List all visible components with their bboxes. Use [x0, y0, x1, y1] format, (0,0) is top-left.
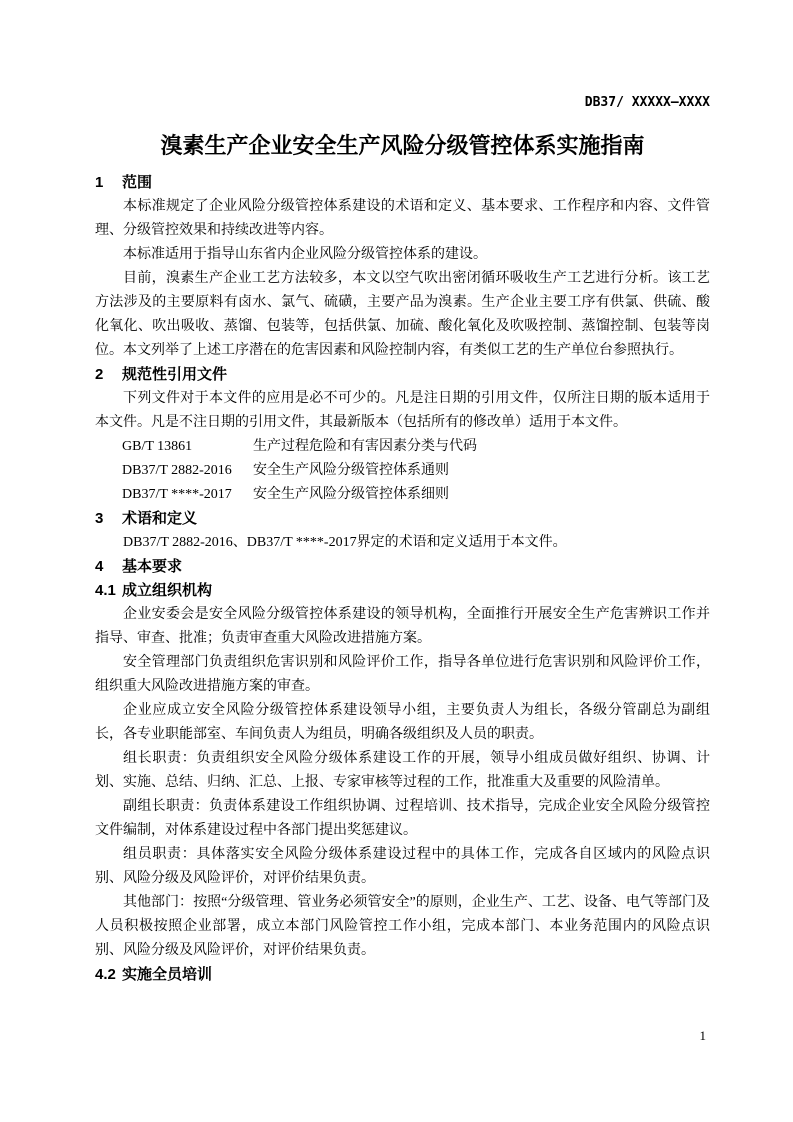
section-2-number: 2: [95, 363, 122, 387]
reference-item: GB/T 13861生产过程危险和有害因素分类与代码: [95, 435, 710, 459]
paragraph: 本标准适用于指导山东省内企业风险分级管控体系的建设。: [95, 243, 710, 267]
section-4-1-heading: 4.1成立组织机构: [95, 579, 710, 603]
paragraph: DB37/T 2882-2016、DB37/T ****-2017界定的术语和定…: [95, 531, 710, 555]
reference-title: 安全生产风险分级管控体系细则: [253, 487, 449, 502]
reference-code: DB37/T 2882-2016: [122, 459, 253, 483]
reference-title: 安全生产风险分级管控体系通则: [253, 463, 449, 478]
paragraph: 副组长职责：负责体系建设工作组织协调、过程培训、技术指导，完成企业安全风险分级管…: [95, 795, 710, 843]
section-4-2-heading: 4.2实施全员培训: [95, 963, 710, 987]
section-2-label: 规范性引用文件: [122, 366, 227, 383]
paragraph: 组员职责：具体落实安全风险分级体系建设过程中的具体工作，完成各自区域内的风险点识…: [95, 843, 710, 891]
paragraph: 其他部门：按照“分级管理、管业务必须管安全”的原则，企业生产、工艺、设备、电气等…: [95, 891, 710, 963]
paragraph: 下列文件对于本文件的应用是必不可少的。凡是注日期的引用文件，仅所注日期的版本适用…: [95, 387, 710, 435]
section-4-2-label: 实施全员培训: [122, 966, 212, 983]
reference-item: DB37/T 2882-2016安全生产风险分级管控体系通则: [95, 459, 710, 483]
paragraph: 本标准规定了企业风险分级管控体系建设的术语和定义、基本要求、工作程序和内容、文件…: [95, 195, 710, 243]
document-title: 溴素生产企业安全生产风险分级管控体系实施指南: [95, 133, 710, 159]
section-1-number: 1: [95, 171, 122, 195]
section-3-label: 术语和定义: [122, 510, 197, 527]
section-1-label: 范围: [122, 174, 152, 191]
paragraph: 安全管理部门负责组织危害识别和风险评价工作，指导各单位进行危害识别和风险评价工作…: [95, 651, 710, 699]
document-body: 1范围 本标准规定了企业风险分级管控体系建设的术语和定义、基本要求、工作程序和内…: [95, 171, 710, 987]
reference-item: DB37/T ****-2017安全生产风险分级管控体系细则: [95, 483, 710, 507]
page-number: 1: [700, 1028, 707, 1044]
section-1-heading: 1范围: [95, 171, 710, 195]
paragraph: 组长职责：负责组织安全风险分级体系建设工作的开展，领导小组成员做好组织、协调、计…: [95, 747, 710, 795]
section-2-heading: 2规范性引用文件: [95, 363, 710, 387]
section-4-heading: 4基本要求: [95, 555, 710, 579]
section-3-heading: 3术语和定义: [95, 507, 710, 531]
section-4-1-label: 成立组织机构: [122, 582, 212, 599]
section-4-label: 基本要求: [122, 558, 182, 575]
reference-code: DB37/T ****-2017: [122, 483, 253, 507]
reference-title: 生产过程危险和有害因素分类与代码: [253, 439, 477, 454]
section-4-number: 4: [95, 555, 122, 579]
paragraph: 企业应成立安全风险分级管控体系建设领导小组，主要负责人为组长，各级分管副总为副组…: [95, 699, 710, 747]
paragraph: 目前，溴素生产企业工艺方法较多，本文以空气吹出密闭循环吸收生产工艺进行分析。该工…: [95, 267, 710, 363]
document-page: DB37/ XXXXX—XXXX 溴素生产企业安全生产风险分级管控体系实施指南 …: [0, 0, 793, 1122]
section-4-2-number: 4.2: [95, 963, 122, 987]
doc-number: DB37/ XXXXX—XXXX: [95, 95, 710, 111]
section-3-number: 3: [95, 507, 122, 531]
section-4-1-number: 4.1: [95, 579, 122, 603]
paragraph: 企业安委会是安全风险分级管控体系建设的领导机构，全面推行开展安全生产危害辨识工作…: [95, 603, 710, 651]
reference-code: GB/T 13861: [122, 435, 253, 459]
